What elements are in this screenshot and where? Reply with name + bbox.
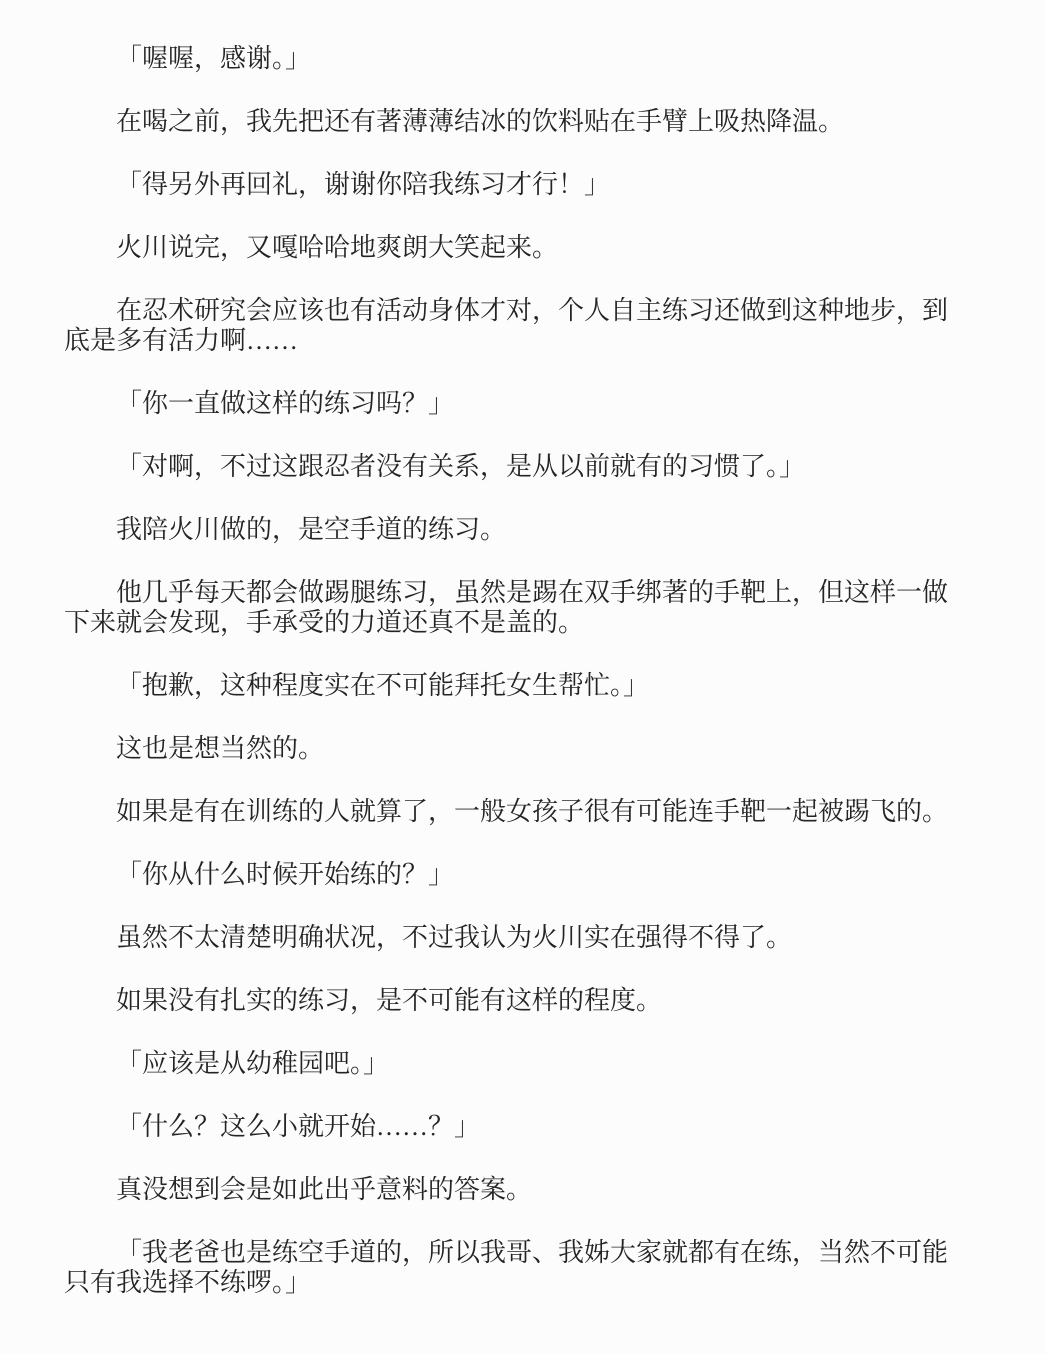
paragraph: 「对啊，不过这跟忍者没有关系，是从以前就有的习惯了。」 bbox=[64, 452, 948, 482]
paragraph: 「你从什么时候开始练的？」 bbox=[64, 860, 948, 890]
novel-reader-page: 「喔喔，感谢。」在喝之前，我先把还有著薄薄结冰的饮料贴在手臂上吸热降温。「得另外… bbox=[0, 0, 1046, 1354]
paragraph: 如果是有在训练的人就算了，一般女孩子很有可能连手靶一起被踢飞的。 bbox=[64, 797, 948, 827]
paragraph: 「抱歉，这种程度实在不可能拜托女生帮忙。」 bbox=[64, 671, 948, 701]
paragraph: 「应该是从幼稚园吧。」 bbox=[64, 1049, 948, 1079]
novel-text-body: 「喔喔，感谢。」在喝之前，我先把还有著薄薄结冰的饮料贴在手臂上吸热降温。「得另外… bbox=[64, 0, 948, 1298]
paragraph: 在忍术研究会应该也有活动身体才对，个人自主练习还做到这种地步，到底是多有活力啊…… bbox=[64, 296, 948, 356]
paragraph: 「你一直做这样的练习吗？」 bbox=[64, 389, 948, 419]
paragraph: 在喝之前，我先把还有著薄薄结冰的饮料贴在手臂上吸热降温。 bbox=[64, 107, 948, 137]
paragraph: 火川说完，又嘎哈哈地爽朗大笑起来。 bbox=[64, 233, 948, 263]
paragraph: 「喔喔，感谢。」 bbox=[64, 44, 948, 74]
paragraph: 「什么？这么小就开始……？」 bbox=[64, 1112, 948, 1142]
paragraph: 真没想到会是如此出乎意料的答案。 bbox=[64, 1175, 948, 1205]
paragraph: 虽然不太清楚明确状况，不过我认为火川实在强得不得了。 bbox=[64, 923, 948, 953]
paragraph: 如果没有扎实的练习，是不可能有这样的程度。 bbox=[64, 986, 948, 1016]
paragraph: 他几乎每天都会做踢腿练习，虽然是踢在双手绑著的手靶上，但这样一做下来就会发现，手… bbox=[64, 578, 948, 638]
paragraph: 「我老爸也是练空手道的，所以我哥、我姊大家就都有在练，当然不可能只有我选择不练啰… bbox=[64, 1238, 948, 1298]
paragraph: 我陪火川做的，是空手道的练习。 bbox=[64, 515, 948, 545]
paragraph: 「得另外再回礼，谢谢你陪我练习才行！」 bbox=[64, 170, 948, 200]
paragraph: 这也是想当然的。 bbox=[64, 734, 948, 764]
